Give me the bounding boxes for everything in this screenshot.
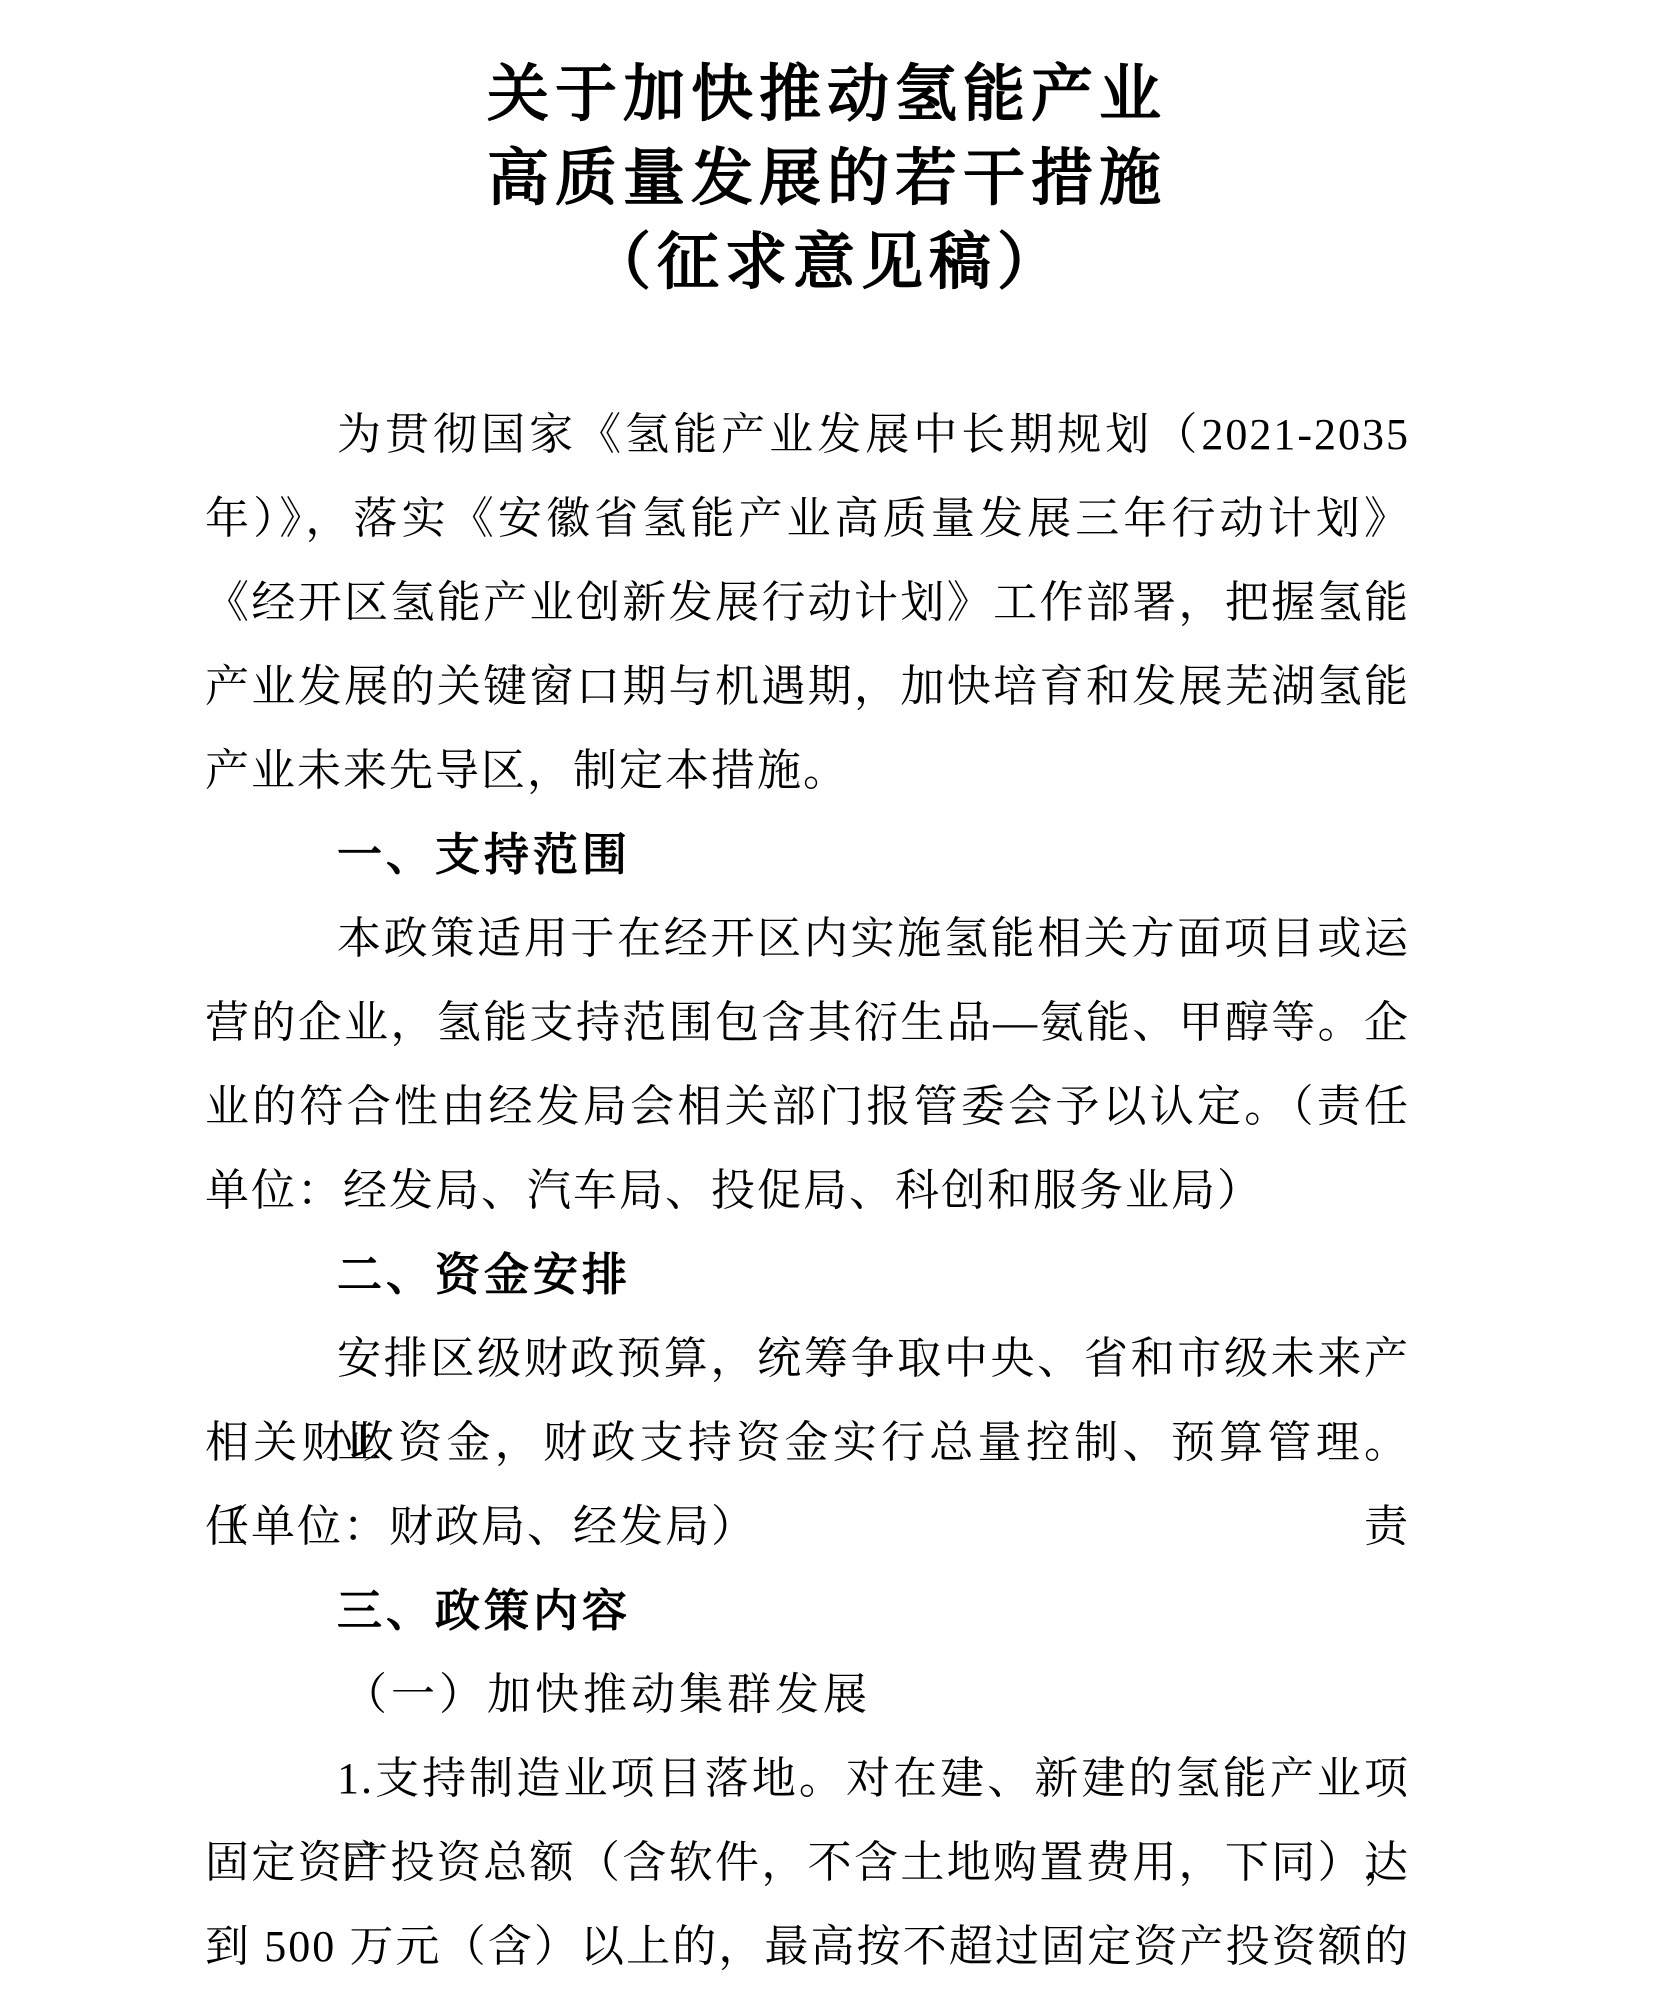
paragraph-2-line: 营的企业，氢能支持范围包含其衍生品—氨能、甲醇等。企 <box>205 981 1410 1065</box>
title-line-3-draft-note: （征求意见稿） <box>0 221 1654 305</box>
paragraph-4-line: 到 500 万元（含）以上的，最高按不超过固定资产投资额的 <box>205 1905 1410 1989</box>
paragraph-1-line: 年）》，落实《安徽省氢能产业高质量发展三年行动计划》 <box>205 477 1410 561</box>
paragraph-1-line: 产业发展的关键窗口期与机遇期，加快培育和发展芜湖氢能 <box>205 645 1410 729</box>
document-body: 为贯彻国家《氢能产业发展中长期规划（2021-2035 年）》，落实《安徽省氢能… <box>205 393 1410 1989</box>
document-page: 关于加快推动氢能产业 高质量发展的若干措施 （征求意见稿） 为贯彻国家《氢能产业… <box>0 0 1654 2003</box>
section-heading-2-funding: 二、资金安排 <box>205 1233 1410 1317</box>
paragraph-2-line: 本政策适用于在经开区内实施氢能相关方面项目或运 <box>205 897 1410 981</box>
paragraph-4-line: 1.支持制造业项目落地。对在建、新建的氢能产业项目， <box>205 1737 1410 1821</box>
paragraph-4-line: 固定资产投资总额（含软件，不含土地购置费用，下同）达 <box>205 1821 1410 1905</box>
section-heading-1-support-scope: 一、支持范围 <box>205 813 1410 897</box>
paragraph-3-line: 相关财政资金，财政支持资金实行总量控制、预算管理。（责 <box>205 1401 1410 1485</box>
title-line-2: 高质量发展的若干措施 <box>0 137 1654 221</box>
paragraph-1-line: 《经开区氢能产业创新发展行动计划》工作部署，把握氢能 <box>205 561 1410 645</box>
document-title: 关于加快推动氢能产业 高质量发展的若干措施 （征求意见稿） <box>0 53 1654 305</box>
section-heading-3-policy-content: 三、政策内容 <box>205 1569 1410 1653</box>
paragraph-2-line: 单位：经发局、汽车局、投促局、科创和服务业局） <box>205 1149 1410 1233</box>
subsection-heading-cluster-development: （一）加快推动集群发展 <box>205 1653 1410 1737</box>
paragraph-1-line: 产业未来先导区，制定本措施。 <box>205 729 1410 813</box>
title-line-1: 关于加快推动氢能产业 <box>0 53 1654 137</box>
paragraph-2-line: 业的符合性由经发局会相关部门报管委会予以认定。（责任 <box>205 1065 1410 1149</box>
paragraph-1-line: 为贯彻国家《氢能产业发展中长期规划（2021-2035 <box>205 393 1410 477</box>
paragraph-3-line: 安排区级财政预算，统筹争取中央、省和市级未来产业 <box>205 1317 1410 1401</box>
